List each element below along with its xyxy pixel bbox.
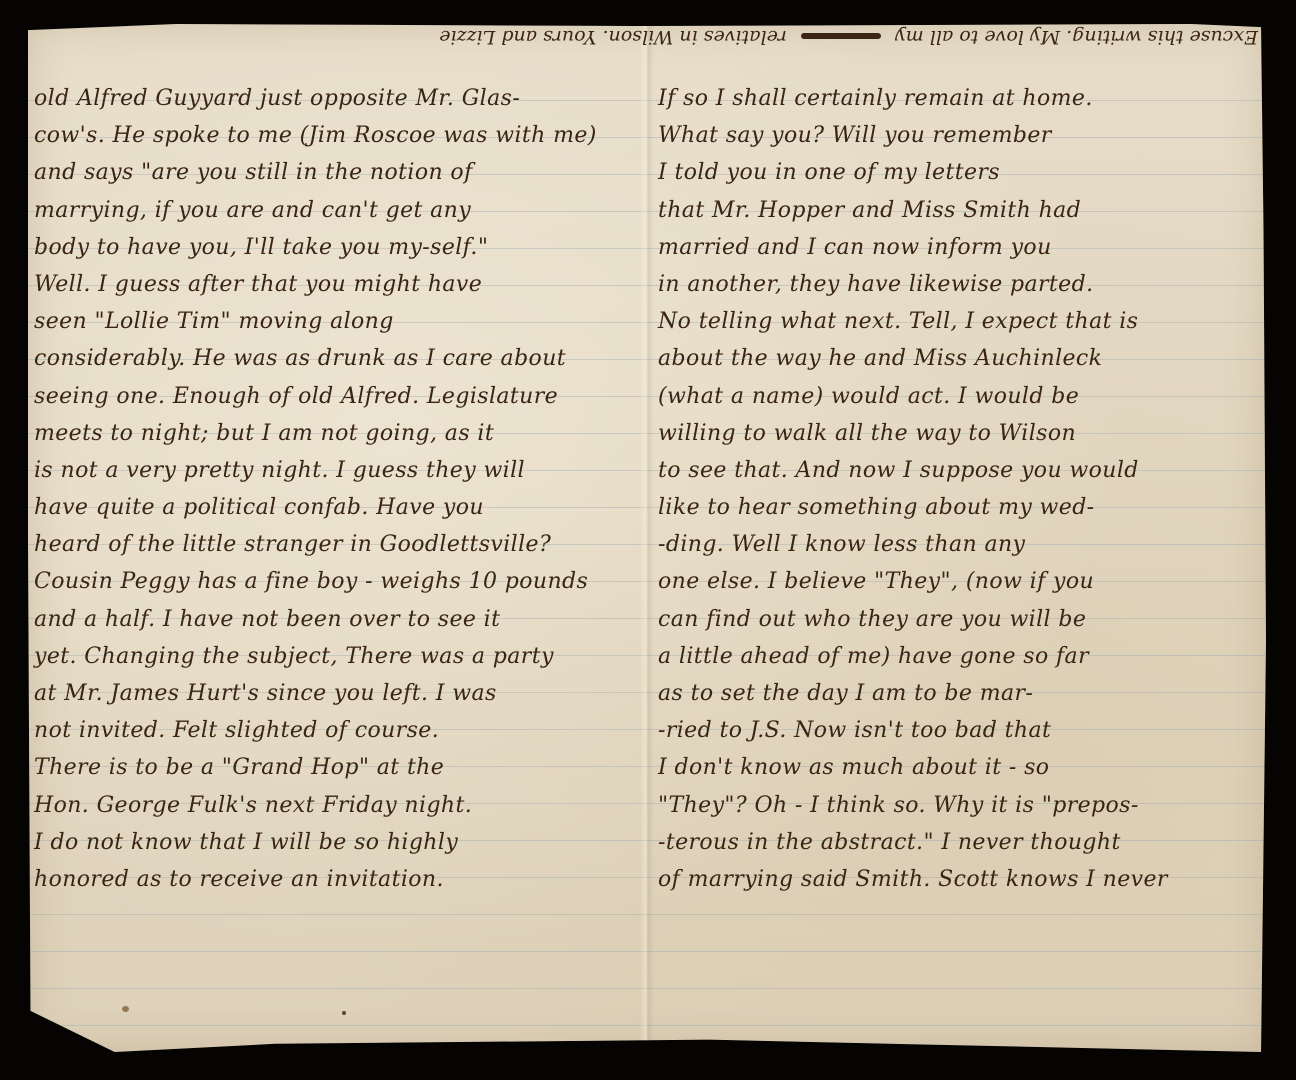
right-line-22: of marrying said Smith. Scott knows I ne… <box>658 861 1258 898</box>
postscript-text: Excuse this writing. My love to all my <box>895 26 1258 48</box>
right-line-12: like to hear something about my wed- <box>658 489 1258 526</box>
right-page: If so I shall certainly remain at home. … <box>658 80 1258 898</box>
photograph-frame: Excuse this writing. My love to all my r… <box>0 0 1296 1080</box>
right-line-1: If so I shall certainly remain at home. <box>658 80 1258 117</box>
left-line-5: body to have you, I'll take you my-self.… <box>34 229 640 266</box>
left-line-19: There is to be a "Grand Hop" at the <box>34 749 640 786</box>
left-line-7: seen "Lollie Tim" moving along <box>34 303 640 340</box>
left-line-21: I do not know that I will be so highly <box>34 824 640 861</box>
left-page: old Alfred Guyyard just opposite Mr. Gla… <box>34 80 640 898</box>
postscript-text-continued: relatives in Wilson. Yours and Lizzie <box>439 26 787 48</box>
left-line-2: cow's. He spoke to me (Jim Roscoe was wi… <box>34 117 640 154</box>
right-line-15: can find out who they are you will be <box>658 601 1258 638</box>
right-line-8: about the way he and Miss Auchinleck <box>658 340 1258 377</box>
right-line-11: to see that. And now I suppose you would <box>658 452 1258 489</box>
right-line-5: married and I can now inform you <box>658 229 1258 266</box>
right-line-9: (what a name) would act. I would be <box>658 378 1258 415</box>
right-line-16: a little ahead of me) have gone so far <box>658 638 1258 675</box>
right-line-6: in another, they have likewise parted. <box>658 266 1258 303</box>
ink-stain <box>122 1006 129 1012</box>
right-line-10: willing to walk all the way to Wilson <box>658 415 1258 452</box>
left-line-11: is not a very pretty night. I guess they… <box>34 452 640 489</box>
right-line-20: "They"? Oh - I think so. Why it is "prep… <box>658 787 1258 824</box>
ink-spot <box>342 1011 346 1015</box>
left-line-22: honored as to receive an invitation. <box>34 861 640 898</box>
right-line-14: one else. I believe "They", (now if you <box>658 563 1258 600</box>
left-line-10: meets to night; but I am not going, as i… <box>34 415 640 452</box>
letter-sheet: Excuse this writing. My love to all my r… <box>28 24 1266 1052</box>
left-line-9: seeing one. Enough of old Alfred. Legisl… <box>34 378 640 415</box>
right-line-17: as to set the day I am to be mar- <box>658 675 1258 712</box>
left-line-14: Cousin Peggy has a fine boy - weighs 10 … <box>34 563 640 600</box>
left-line-16: yet. Changing the subject, There was a p… <box>34 638 640 675</box>
left-line-17: at Mr. James Hurt's since you left. I wa… <box>34 675 640 712</box>
left-line-1: old Alfred Guyyard just opposite Mr. Gla… <box>34 80 640 117</box>
right-line-18: -ried to J.S. Now isn't too bad that <box>658 712 1258 749</box>
right-line-2: What say you? Will you remember <box>658 117 1258 154</box>
left-line-20: Hon. George Fulk's next Friday night. <box>34 787 640 824</box>
left-line-8: considerably. He was as drunk as I care … <box>34 340 640 377</box>
postscript-upside-down: Excuse this writing. My love to all my r… <box>238 26 1258 48</box>
left-line-4: marrying, if you are and can't get any <box>34 192 640 229</box>
right-line-19: I don't know as much about it - so <box>658 749 1258 786</box>
right-line-21: -terous in the abstract." I never though… <box>658 824 1258 861</box>
right-line-13: -ding. Well I know less than any <box>658 526 1258 563</box>
right-line-3: I told you in one of my letters <box>658 154 1258 191</box>
right-line-4: that Mr. Hopper and Miss Smith had <box>658 192 1258 229</box>
left-line-6: Well. I guess after that you might have <box>34 266 640 303</box>
left-line-18: not invited. Felt slighted of course. <box>34 712 640 749</box>
left-line-12: have quite a political confab. Have you <box>34 489 640 526</box>
right-line-7: No telling what next. Tell, I expect tha… <box>658 303 1258 340</box>
left-line-3: and says "are you still in the notion of <box>34 154 640 191</box>
left-line-15: and a half. I have not been over to see … <box>34 601 640 638</box>
struck-word <box>801 33 881 39</box>
left-line-13: heard of the little stranger in Goodlett… <box>34 526 640 563</box>
center-fold <box>640 24 654 1052</box>
